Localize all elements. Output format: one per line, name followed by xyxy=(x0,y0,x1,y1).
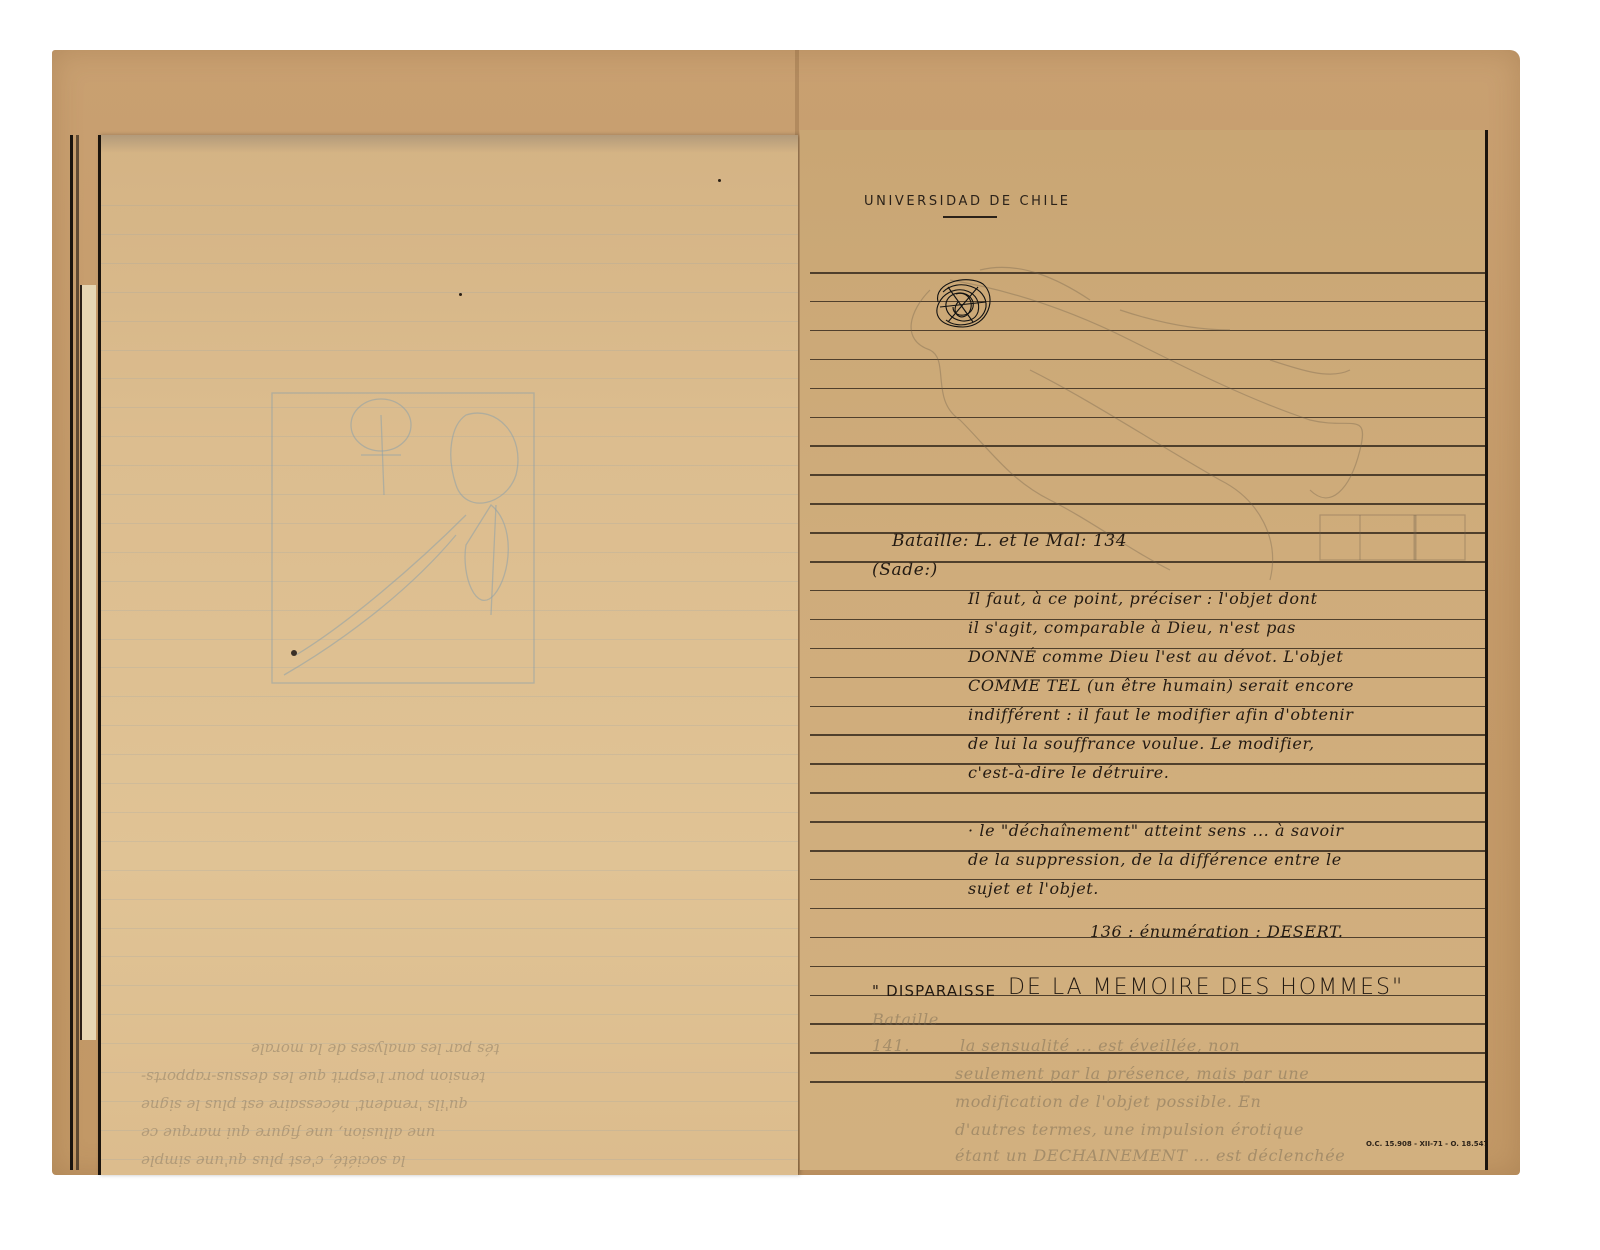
passage-line: DONNÉ comme Dieu l'est au dévot. L'objet xyxy=(968,647,1343,666)
faint-ruled-line xyxy=(101,928,798,929)
letterhead: UNIVERSIDAD DE CHILE xyxy=(864,194,1071,209)
faint-ruled-line xyxy=(101,725,798,726)
faint-ruled-line xyxy=(101,870,798,871)
quote-memoire: DE LA MEMOIRE DES HOMMES" xyxy=(1008,975,1404,1000)
ruled-line xyxy=(810,792,1485,794)
pencil-note: 141. xyxy=(872,1036,910,1055)
left-page: tés par les analyses de la moraletension… xyxy=(98,135,798,1175)
quote-line: sujet et l'objet. xyxy=(968,879,1099,898)
pencil-note: la sensualité ... est éveillée, non xyxy=(960,1036,1240,1055)
quote-disparaisse: " DISPARAISSE xyxy=(872,982,996,1000)
pencil-sketch-figures xyxy=(266,385,546,695)
faint-ruled-line xyxy=(101,1014,798,1015)
printer-mark: O.C. 15.908 - XII-71 - O. 18.547-Vera y … xyxy=(1366,1140,1488,1148)
sade-label: (Sade:) xyxy=(872,560,938,580)
ink-dot xyxy=(459,293,462,296)
passage-line: c'est-à-dire le détruire. xyxy=(968,763,1169,782)
quote-line: · le "déchaînement" atteint sens ... à s… xyxy=(968,821,1344,840)
faint-ruled-line xyxy=(101,754,798,755)
passage-line: de lui la souffrance voulue. Le modifier… xyxy=(968,734,1315,753)
pencil-note: modification de l'objet possible. En xyxy=(955,1092,1261,1111)
faint-ruled-line xyxy=(101,985,798,986)
pencil-note: étant un DECHAINEMENT ... est déclenchée xyxy=(955,1146,1345,1165)
pencil-note: d'autres termes, une impulsion érotique xyxy=(955,1120,1304,1139)
bleed-through-line: qu'ils 'rendent' nécessaire est plus le … xyxy=(141,1096,468,1114)
torn-top-edge xyxy=(101,135,798,153)
ink-dot xyxy=(718,179,721,182)
bleed-through-line: une allusion, une figure qui marque ce xyxy=(141,1124,435,1142)
faint-ruled-line xyxy=(101,263,798,264)
quote-line: de la suppression, de la différence entr… xyxy=(968,850,1342,869)
left-page-stack-edge xyxy=(62,135,102,1170)
faint-ruled-line xyxy=(101,841,798,842)
right-page: UNIVERSIDAD DE CHILE Bataille: L. et le … xyxy=(800,130,1488,1170)
faint-ruled-line xyxy=(101,956,798,957)
faint-ruled-line xyxy=(101,321,798,322)
faint-ruled-line xyxy=(101,899,798,900)
passage-line: Il faut, à ce point, préciser : l'objet … xyxy=(968,589,1318,608)
passage-line: indifférent : il faut le modifier afin d… xyxy=(968,705,1353,724)
ink-scribble xyxy=(928,272,998,334)
pencil-note: Bataille xyxy=(872,1010,939,1029)
ruled-line xyxy=(810,966,1485,968)
faint-ruled-line xyxy=(101,292,798,293)
passage-line: COMME TEL (un être humain) serait encore xyxy=(968,676,1354,695)
ruled-line xyxy=(810,908,1485,910)
faint-ruled-line xyxy=(101,234,798,235)
faint-ruled-line xyxy=(101,350,798,351)
faint-ruled-line xyxy=(101,378,798,379)
pencil-note: seulement par la présence, mais par une xyxy=(955,1064,1309,1083)
passage-line: il s'agit, comparable à Dieu, n'est pas xyxy=(968,618,1296,637)
bleed-through-line: tension pour l'esprit que les dessus-rap… xyxy=(141,1068,485,1086)
reference-line: Bataille: L. et le Mal: 134 xyxy=(892,531,1127,551)
ruled-line xyxy=(810,879,1485,881)
faint-ruled-line xyxy=(101,783,798,784)
enumeration-line: 136 : énumération : DESERT. xyxy=(1090,922,1344,941)
faint-ruled-line xyxy=(101,205,798,206)
faint-ruled-line xyxy=(101,812,798,813)
faint-ruled-line xyxy=(101,696,798,697)
bleed-through-line: tés par les analyses de la morale xyxy=(251,1040,500,1058)
letterhead-underline xyxy=(943,216,997,218)
bleed-through-line: la société, c'est plus qu'une simple xyxy=(141,1152,406,1170)
